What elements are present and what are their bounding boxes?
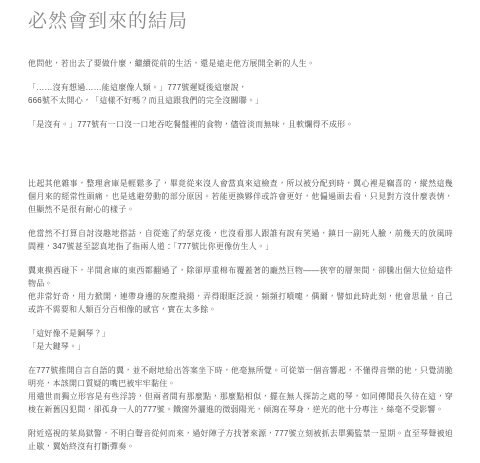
story-paragraph: 他問他，若出去了要做什麼，繼續從前的生活，還是遠走他方展開全新的人生。 (28, 57, 453, 70)
story-paragraph: 翼東摸西碰下，半間倉庫的東西都翻過了，除卻厚重棉布覆蓋著的龐然巨物——狹窄的層架… (28, 264, 453, 316)
story-paragraph: 比起其他雜事，整理倉庫是輕鬆多了，畢竟從來沒人會當真來這檢查，所以被分配到時，翼… (28, 177, 453, 216)
story-paragraph-dialogue: 「是沒有。」777號有一口沒一口地吞吃餐盤裡的食物，儘管淡而無味，且軟爛得不成形… (28, 118, 453, 131)
page-title: 必然會到來的結局 (28, 8, 453, 36)
story-paragraph-dialogue: 「……沒有想過……能這麼像人類。」777號遲疑後這麼說， 666號不太開心，「這… (28, 81, 453, 107)
story-paragraph: 在777號推開自言自語的翼，並不耐地給出答案坐下時，他毫無所覺。可從第一個音響起… (28, 364, 453, 416)
story-paragraph: 他當然不打算自討沒趣地搭話，自從進了約瑟克後，也沒看那人跟誰有說有笑過，鎮日一副… (28, 227, 453, 253)
story-paragraph: 附近巡視的菜鳥獄警，不明白聲音從何而來，過好陣子方找著來源，777號立刻被抓去單… (28, 427, 453, 453)
story-page: 必然會到來的結局 他問他，若出去了要做什麼，繼續從前的生活，還是遠走他方展開全新… (0, 0, 480, 463)
story-paragraph-dialogue: 「這好像不是鋼琴？」 「是大鍵琴。」 (28, 327, 453, 353)
